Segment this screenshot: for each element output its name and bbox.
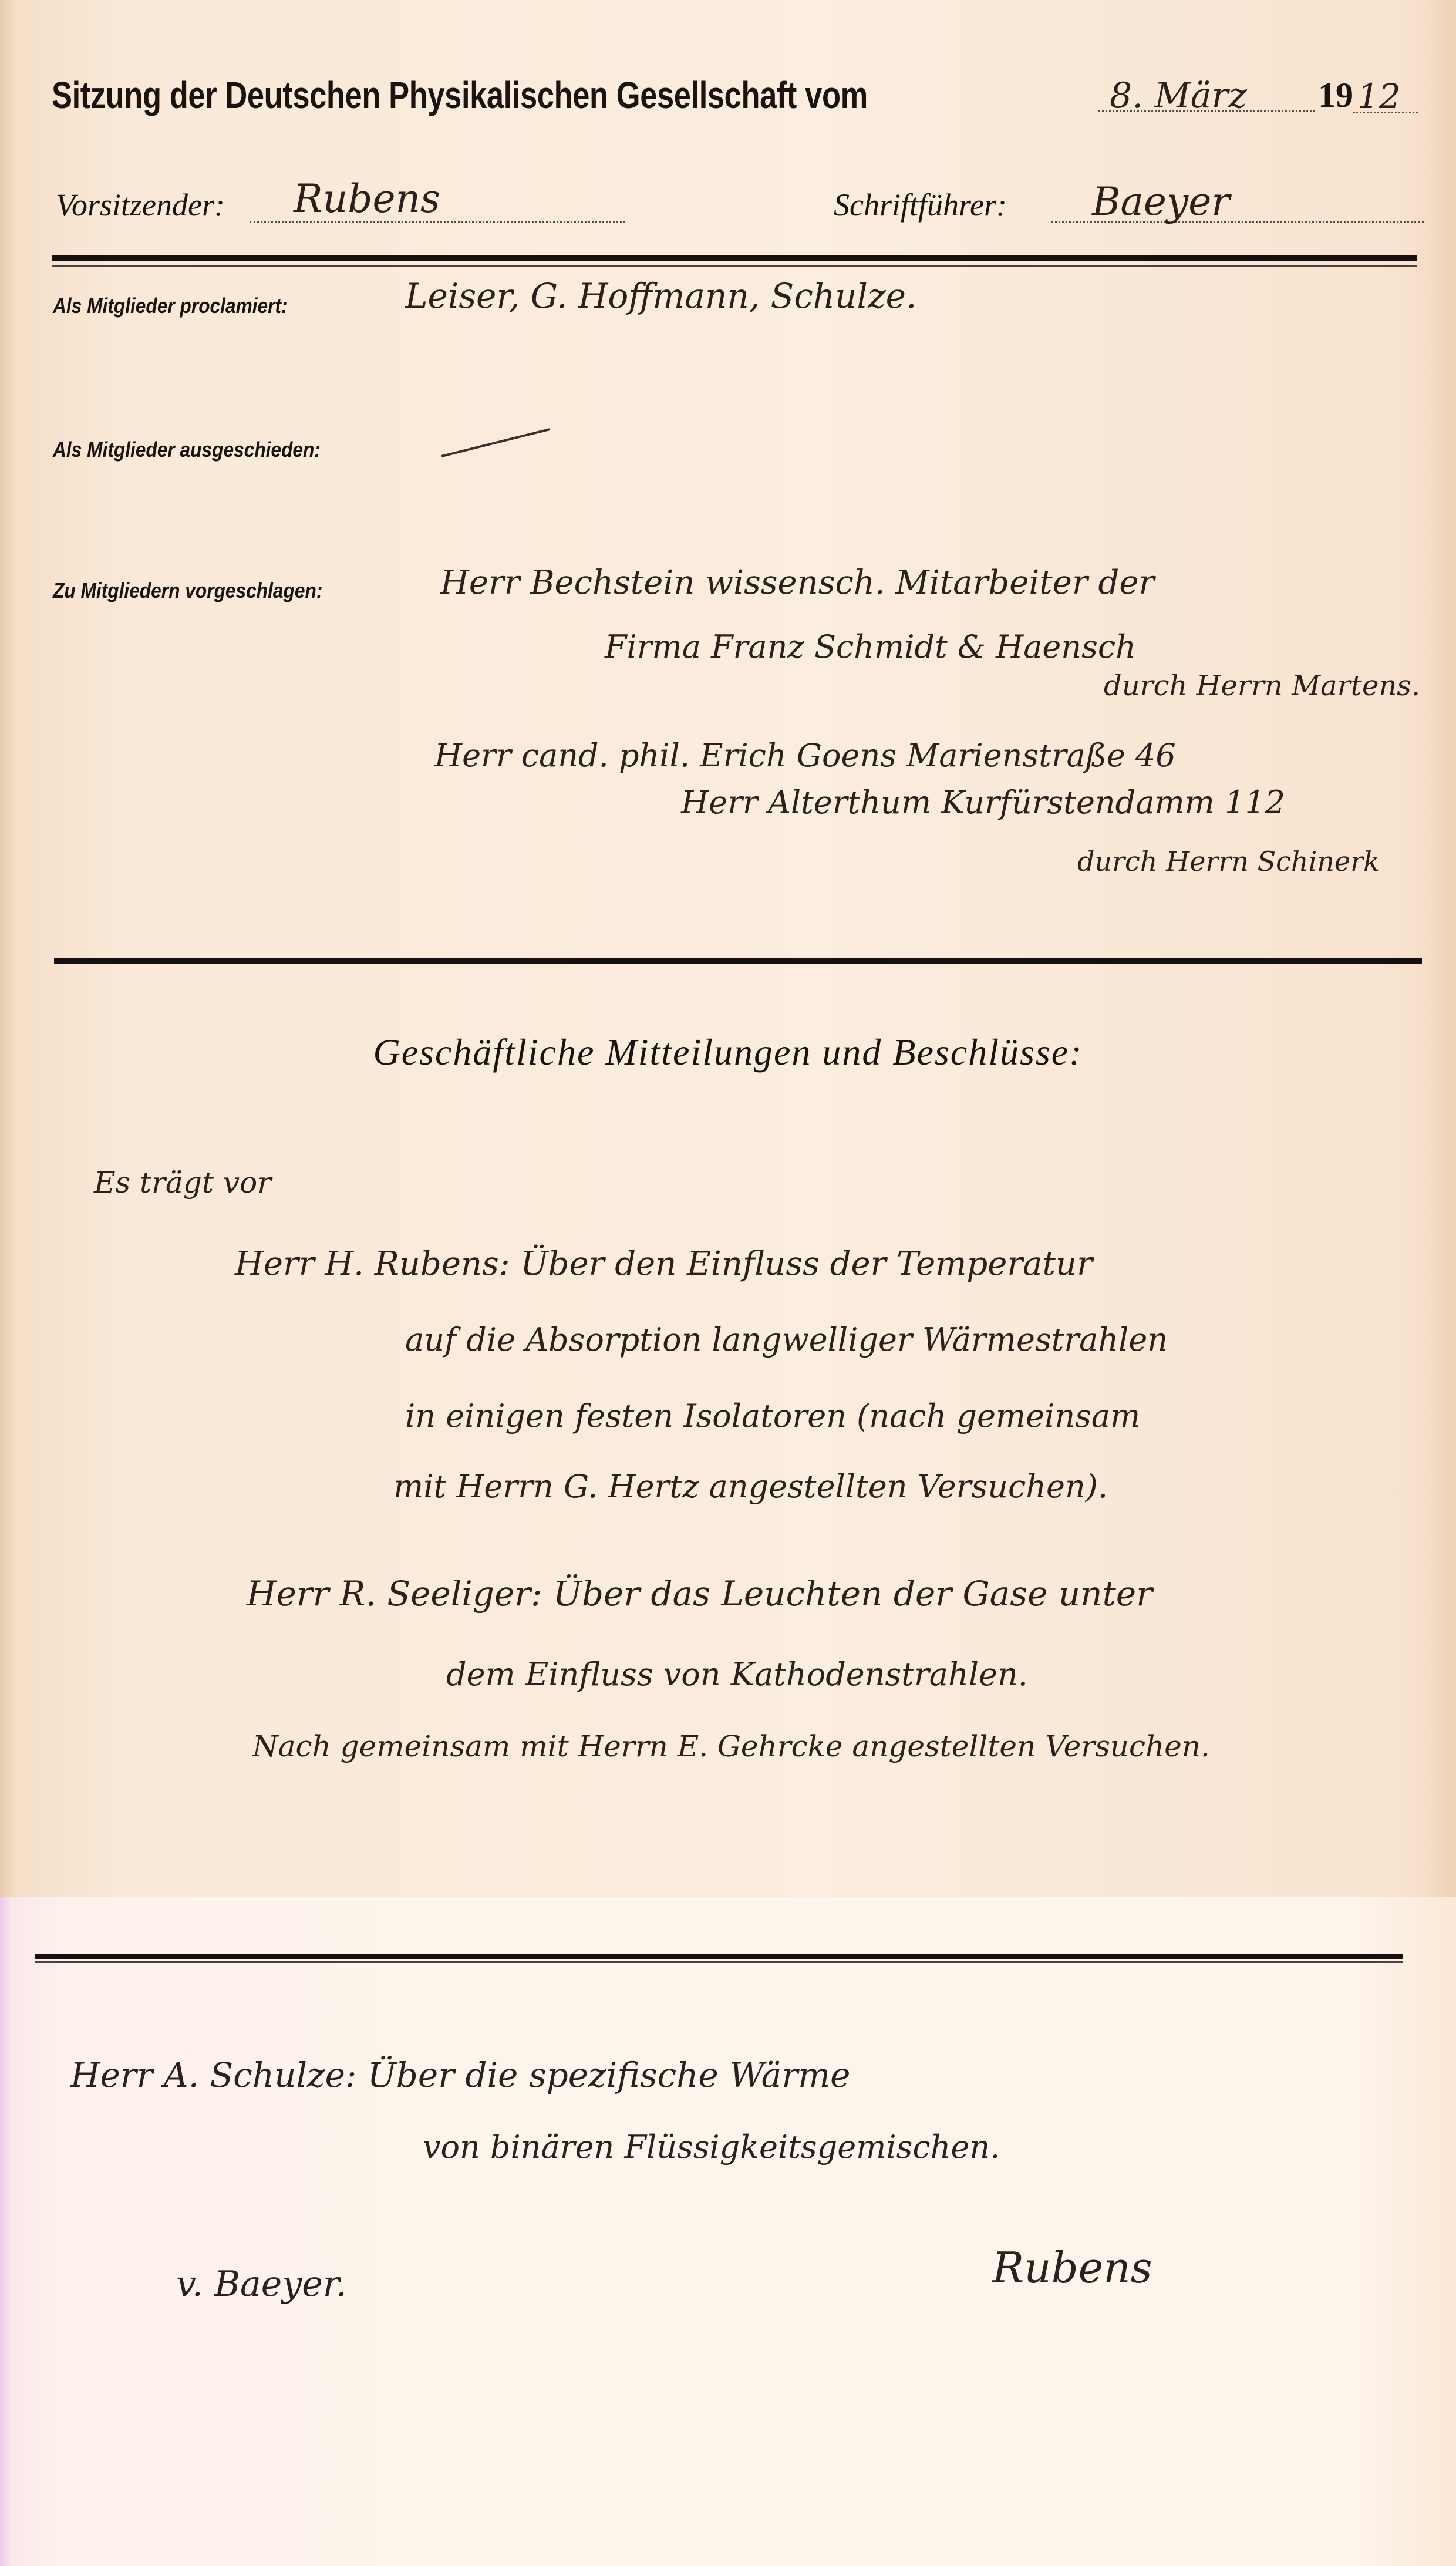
page-lower-sheet: [0, 1897, 1456, 2566]
proposed-line: Herr Bechstein wissensch. Mitarbeiter de…: [440, 564, 1154, 602]
header-divider-thin: [52, 265, 1417, 267]
signature-chair: Rubens: [992, 2243, 1152, 2292]
proposed-line: durch Herrn Martens.: [1104, 669, 1420, 702]
talk-line: mit Herrn G. Hertz angestellten Versuche…: [393, 1468, 1108, 1505]
proclaimed-label: Als Mitglieder proclamiert:: [53, 294, 288, 318]
meeting-date: 8. März: [1110, 75, 1247, 116]
talk-line: Nach gemeinsam mit Herrn E. Gehrcke ange…: [252, 1729, 1210, 1763]
continuation-divider-thick: [35, 1954, 1403, 1959]
proposed-line: Herr cand. phil. Erich Goens Marienstraß…: [434, 737, 1176, 774]
talk-line: in einigen festen Isolatoren (nach gemei…: [405, 1398, 1140, 1434]
talk-line: auf die Absorption langwelliger Wärmestr…: [405, 1321, 1168, 1358]
title-text: Sitzung der Deutschen Physikalischen Ges…: [52, 74, 868, 116]
proposed-line: durch Herrn Schinerk: [1077, 846, 1380, 877]
year-handwritten: 12: [1357, 76, 1401, 116]
secretary-name: Baeyer: [1092, 179, 1230, 224]
talk-line: Herr H. Rubens: Über den Einfluss der Te…: [235, 1245, 1093, 1283]
section-divider: [54, 958, 1422, 964]
talk-line: von binären Flüssigkeitsgemischen.: [423, 2129, 1000, 2166]
business-intro: Es trägt vor: [94, 1166, 271, 1200]
chair-name: Rubens: [294, 176, 440, 221]
header-divider-thick: [52, 255, 1417, 261]
talk-line: dem Einfluss von Kathodenstrahlen.: [446, 1656, 1028, 1693]
proposed-label: Zu Mitgliedern vorgeschlagen:: [53, 578, 322, 603]
continuation-divider-thin: [35, 1961, 1403, 1963]
talk-line: Herr A. Schulze: Über die spezifische Wä…: [70, 2055, 850, 2095]
year-printed: 19: [1318, 75, 1353, 116]
proposed-line: Firma Franz Schmidt & Haensch: [605, 628, 1136, 665]
proposed-line: Herr Alterthum Kurfürstendamm 112: [681, 784, 1285, 821]
secretary-label: Schriftführer:: [834, 187, 1007, 223]
departed-label: Als Mitglieder ausgeschieden:: [53, 437, 321, 462]
business-section-title: Geschäftliche Mitteilungen und Beschlüss…: [0, 1031, 1456, 1074]
signature-secretary: v. Baeyer.: [176, 2264, 347, 2305]
proclaimed-value: Leiser, G. Hoffmann, Schulze.: [405, 276, 916, 316]
talk-line: Herr R. Seeliger: Über das Leuchten der …: [247, 1574, 1152, 1614]
chair-label: Vorsitzender:: [56, 187, 225, 223]
page-title: Sitzung der Deutschen Physikalischen Ges…: [52, 73, 868, 117]
year-dotted-line: [1353, 112, 1418, 113]
